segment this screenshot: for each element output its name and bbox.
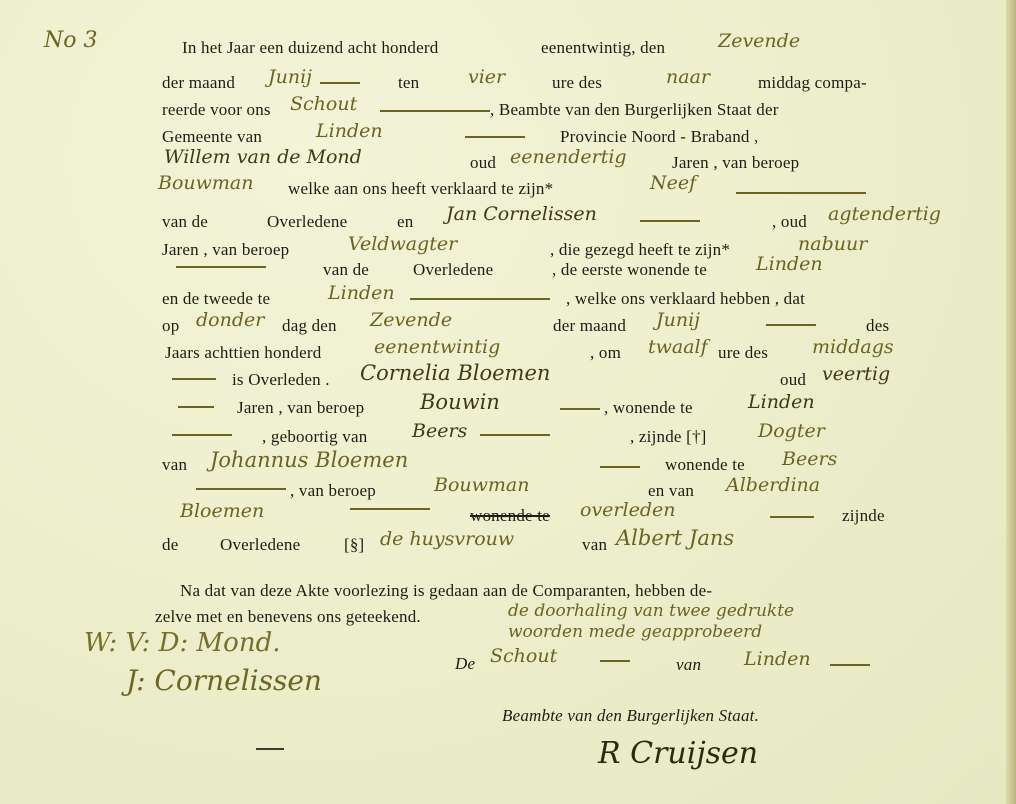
hw-witness2-relation: nabuur — [798, 233, 867, 255]
text-l3a: reerde voor ons — [162, 100, 271, 120]
hw-father-residence: Beers — [782, 448, 837, 470]
hw-deceased-occupation: Bouwin — [420, 390, 500, 414]
fill-line — [172, 378, 216, 380]
hw-death-month: Junij — [656, 309, 700, 331]
fill-line — [196, 488, 286, 490]
text-l10b: , welke ons verklaard hebben , dat — [566, 289, 805, 309]
hw-death-time: middags — [812, 336, 894, 358]
text-l12b: , om — [590, 343, 621, 363]
hw-father: Johannus Bloemen — [210, 448, 408, 472]
page-edge — [1006, 0, 1016, 804]
closing-line1: Na dat van deze Akte voorlezing is gedaa… — [180, 581, 712, 601]
fill-line — [560, 408, 600, 410]
text-l15b: , zijnde [†] — [630, 427, 707, 447]
hw-mother-last: Bloemen — [180, 500, 264, 522]
text-l1b: eenentwintig, den — [541, 38, 665, 58]
fill-line — [176, 266, 266, 268]
fill-line — [640, 220, 700, 222]
text-l13a: is Overleden . — [232, 370, 330, 390]
struck-text: wonende te — [470, 506, 550, 526]
fill-line — [600, 660, 630, 662]
text-l12c: ure des — [718, 343, 768, 363]
hw-mother-first: Alberdina — [726, 474, 820, 496]
text-l14a: Jaren , van beroep — [237, 398, 364, 418]
hw-birthplace: Beers — [412, 420, 467, 442]
hw-after: naar — [666, 66, 710, 88]
text-l19a: de — [162, 535, 178, 555]
fill-line — [172, 434, 232, 436]
hw-closing-official: Schout — [490, 645, 557, 667]
hw-official: Schout — [290, 93, 357, 115]
text-l11d: des — [866, 316, 889, 336]
stray-mark — [256, 748, 284, 750]
fill-line — [600, 466, 640, 468]
text-l17b: en van — [648, 481, 694, 501]
text-l5a: oud — [470, 153, 496, 173]
hw-mother-status: overleden — [580, 499, 675, 521]
text-l8a: Jaren , van beroep — [162, 240, 289, 260]
hw-hour: vier — [468, 66, 505, 88]
text-l14b: , wonende te — [604, 398, 693, 418]
fill-line — [380, 110, 490, 112]
text-l16a: van — [162, 455, 187, 475]
hw-spouse: Albert Jans — [616, 526, 734, 550]
text-l8b: , die gezegd heeft te zijn* — [550, 240, 730, 260]
fill-line — [178, 406, 214, 408]
annotation-line1: de doorhaling van twee gedrukte — [508, 601, 794, 621]
hw-father-occupation: Bouwman — [434, 474, 529, 496]
text-l11a: op — [162, 316, 179, 336]
hw-day: Zevende — [718, 30, 800, 52]
hw-deceased-age: veertig — [822, 363, 890, 385]
text-l9c: , de eerste wonende te — [552, 260, 707, 280]
signature-official: R Cruijsen — [598, 736, 758, 771]
hw-witness2-occupation: Veldwagter — [348, 233, 457, 255]
hw-deceased-name: Cornelia Bloemen — [360, 361, 550, 385]
hw-witness1-name: Willem van de Mond — [164, 146, 362, 168]
text-l3b: , Beambte van den Burgerlijken Staat der — [490, 100, 779, 120]
text-l2a: der maand — [162, 73, 235, 93]
text-l19d: van — [582, 535, 607, 555]
hw-witness1-age: eenendertig — [510, 146, 627, 168]
closing-line2: zelve met en benevens ons geteekend. — [155, 607, 421, 627]
text-l4a: Gemeente van — [162, 127, 262, 147]
hw-witness1-occupation: Bouwman — [158, 172, 253, 194]
text-l18b: zijnde — [842, 506, 885, 526]
fill-line — [830, 664, 870, 666]
hw-death-year: eenentwintig — [374, 336, 500, 358]
hw-witness2-age: agtendertig — [828, 203, 941, 225]
text-van: van — [676, 655, 701, 675]
hw-witness1-relation: Neef — [650, 172, 696, 194]
hw-witness1-residence: Linden — [756, 253, 823, 275]
hw-death-hour: twaalf — [648, 336, 708, 358]
hw-relation: Dogter — [758, 420, 825, 442]
hw-spouse-relation: de huysvrouw — [380, 528, 514, 550]
fill-line — [736, 192, 866, 194]
signature-witness1: W: V: D: Mond. — [84, 628, 280, 658]
text-l2c: ure des — [552, 73, 602, 93]
hw-death-weekday: donder — [196, 309, 264, 331]
text-l2b: ten — [398, 73, 419, 93]
text-l11b: dag den — [282, 316, 337, 336]
text-l15a: , geboortig van — [262, 427, 367, 447]
text-l7c: en — [397, 212, 413, 232]
annotation-line2: woorden mede geapprobeerd — [508, 622, 762, 642]
fill-line — [320, 82, 360, 84]
text-l19c: [§] — [344, 535, 364, 555]
text-l11c: der maand — [553, 316, 626, 336]
text-l19b: Overledene — [220, 535, 300, 555]
hw-municipality: Linden — [316, 120, 383, 142]
record-number: No 3 — [44, 28, 98, 53]
fill-line — [766, 324, 816, 326]
hw-death-day: Zevende — [370, 309, 452, 331]
hw-month: Junij — [268, 66, 312, 88]
text-de: De — [455, 654, 475, 674]
text-l4b: Provincie Noord - Braband , — [560, 127, 759, 147]
text-l16b: wonende te — [665, 455, 745, 475]
text-l5b: Jaren , van beroep — [672, 153, 799, 173]
hw-closing-municipality: Linden — [744, 648, 811, 670]
hw-witness2-residence: Linden — [328, 282, 395, 304]
text-l9b: Overledene — [413, 260, 493, 280]
fill-line — [350, 508, 430, 510]
signature-witness2: J: Cornelissen — [126, 664, 322, 697]
text-l10a: en de tweede te — [162, 289, 270, 309]
text-l7a: van de — [162, 212, 208, 232]
text-l17a: , van beroep — [290, 481, 376, 501]
fill-line — [770, 516, 814, 518]
text-l12a: Jaars achttien honderd — [165, 343, 321, 363]
hw-witness2-name: Jan Cornelissen — [446, 203, 597, 225]
fill-line — [465, 136, 525, 138]
text-l6a: welke aan ons heeft verklaard te zijn* — [288, 179, 553, 199]
text-l7d: , oud — [772, 212, 807, 232]
text-l2d: middag compa- — [758, 73, 867, 93]
fill-line — [480, 434, 550, 436]
hw-deceased-residence: Linden — [748, 391, 815, 413]
official-title: Beambte van den Burgerlijken Staat. — [502, 706, 759, 726]
fill-line — [410, 298, 550, 300]
text-l7b: Overledene — [267, 212, 347, 232]
text-l13b: oud — [780, 370, 806, 390]
text-l1a: In het Jaar een duizend acht honderd — [182, 38, 438, 58]
text-l9a: van de — [323, 260, 369, 280]
